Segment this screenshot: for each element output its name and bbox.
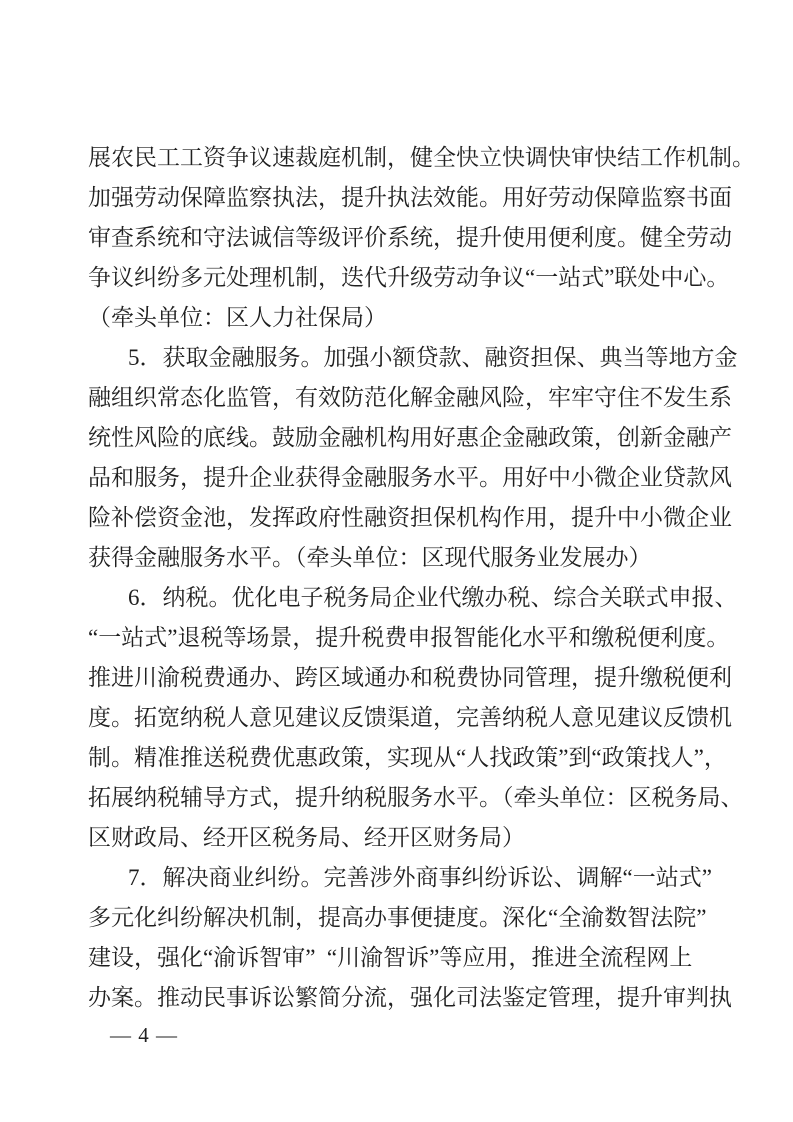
text-line: 6．纳税。优化电子税务局企业代缴办税、综合关联式申报、 [88, 578, 760, 618]
text-line: 品和服务，提升企业获得金融服务水平。用好中小微企业贷款风 [88, 458, 760, 498]
text-line: 5．获取金融服务。加强小额贷款、融资担保、典当等地方金 [88, 338, 760, 378]
text-line: 获得金融服务水平。（牵头单位：区现代服务业发展办） [88, 538, 760, 578]
page-number: — 4 — [110, 1015, 178, 1055]
text-line: 拓展纳税辅导方式，提升纳税服务水平。（牵头单位：区税务局、 [88, 778, 760, 818]
paragraph: 展农民工工资争议速裁庭机制，健全快立快调快审快结工作机制。加强劳动保障监察执法，… [88, 138, 760, 338]
paragraph: 6．纳税。优化电子税务局企业代缴办税、综合关联式申报、“一站式”退税等场景，提升… [88, 578, 760, 858]
paragraph: 5．获取金融服务。加强小额贷款、融资担保、典当等地方金融组织常态化监管，有效防范… [88, 338, 760, 578]
text-line: 7．解决商业纠纷。完善涉外商事纠纷诉讼、调解“一站式” [88, 858, 760, 898]
text-line: 审查系统和守法诚信等级评价系统，提升使用便利度。健全劳动 [88, 218, 760, 258]
text-line: 建设，强化“渝诉智审” “川渝智诉”等应用，推进全流程网上 [88, 938, 760, 978]
text-line: 融组织常态化监管，有效防范化解金融风险，牢牢守住不发生系 [88, 378, 760, 418]
text-line: 险补偿资金池，发挥政府性融资担保机构作用，提升中小微企业 [88, 498, 760, 538]
text-line: 争议纠纷多元处理机制，迭代升级劳动争议“一站式”联处中心。 [88, 258, 760, 298]
text-line: （牵头单位：区人力社保局） [88, 298, 760, 338]
text-line: 加强劳动保障监察执法，提升执法效能。用好劳动保障监察书面 [88, 178, 760, 218]
text-line: “一站式”退税等场景，提升税费申报智能化水平和缴税便利度。 [88, 618, 760, 658]
paragraph: 7．解决商业纠纷。完善涉外商事纠纷诉讼、调解“一站式”多元化纠纷解决机制，提高办… [88, 858, 760, 1018]
text-line: 度。拓宽纳税人意见建议反馈渠道，完善纳税人意见建议反馈机 [88, 698, 760, 738]
document-page: 展农民工工资争议速裁庭机制，健全快立快调快审快结工作机制。加强劳动保障监察执法，… [0, 0, 793, 1122]
text-line: 区财政局、经开区税务局、经开区财务局） [88, 818, 760, 858]
document-body: 展农民工工资争议速裁庭机制，健全快立快调快审快结工作机制。加强劳动保障监察执法，… [88, 138, 760, 1018]
text-line: 推进川渝税费通办、跨区域通办和税费协同管理，提升缴税便利 [88, 658, 760, 698]
text-line: 统性风险的底线。鼓励金融机构用好惠企金融政策，创新金融产 [88, 418, 760, 458]
text-line: 多元化纠纷解决机制，提高办事便捷度。深化“全渝数智法院” [88, 898, 760, 938]
text-line: 办案。推动民事诉讼繁简分流，强化司法鉴定管理，提升审判执 [88, 978, 760, 1018]
text-line: 展农民工工资争议速裁庭机制，健全快立快调快审快结工作机制。 [88, 138, 760, 178]
text-line: 制。精准推送税费优惠政策，实现从“人找政策”到“政策找人”， [88, 738, 760, 778]
